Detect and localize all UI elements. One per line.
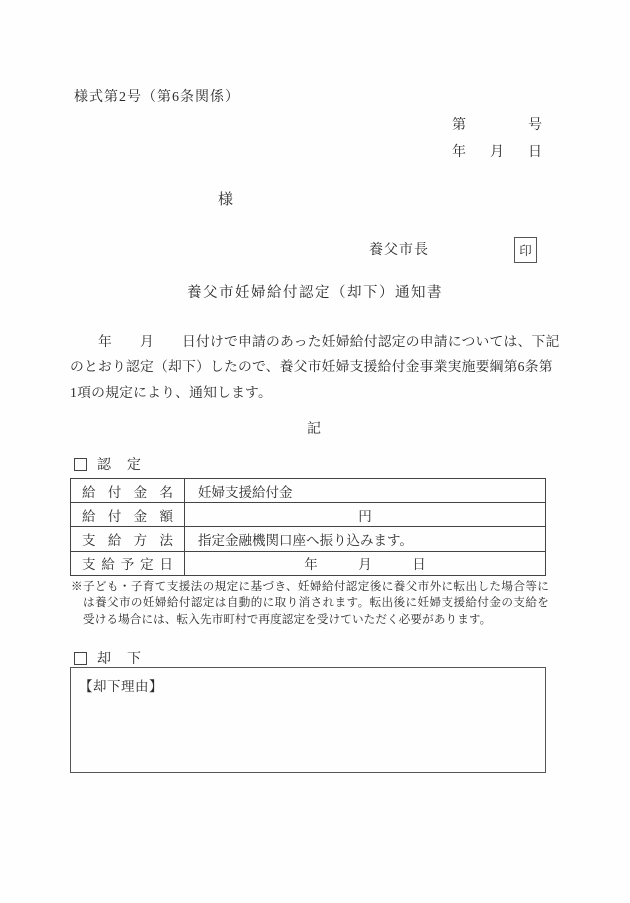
table-row: 給付金額 円 xyxy=(71,503,545,527)
row-header-benefit-amount: 給付金額 xyxy=(71,503,185,526)
row-header-payment-method: 支給方法 xyxy=(71,527,185,550)
row-header-payment-date: 支給予定日 xyxy=(71,552,185,575)
body-line: のとおり認定（却下）したので、養父市妊婦支援給付金事業実施要綱第6条第 xyxy=(70,354,552,379)
rejection-checkbox-icon xyxy=(74,652,87,665)
addressee-honorific: 様 xyxy=(218,188,233,209)
approval-section-label: 認 定 xyxy=(74,454,142,474)
row-value-payment-date: 年 月 日 xyxy=(185,553,545,573)
date-year-label: 年 xyxy=(452,139,466,166)
doc-number-line: 第 号 xyxy=(452,112,542,139)
table-row: 給付金名 妊婦支援給付金 xyxy=(71,479,545,503)
row-value-benefit-amount: 円 xyxy=(185,505,545,525)
body-line: 1項の規定により、通知します。 xyxy=(70,380,552,405)
row-value-payment-method: 指定金融機関口座へ振り込みます。 xyxy=(185,529,545,549)
rejection-reason-label: 【却下理由】 xyxy=(71,668,545,695)
seal-stamp: 印 xyxy=(514,237,537,263)
row-header-benefit-name: 給付金名 xyxy=(71,479,185,502)
doc-number-prefix: 第 xyxy=(452,112,466,139)
date-day-label: 日 xyxy=(528,139,542,166)
rejection-label-text: 却 下 xyxy=(97,648,142,668)
sender-title: 養父市長 xyxy=(369,239,429,259)
approval-checkbox-icon xyxy=(74,458,87,471)
doc-number-suffix: 号 xyxy=(528,112,542,139)
row-value-benefit-name: 妊婦支援給付金 xyxy=(185,481,545,501)
record-marker: 記 xyxy=(0,418,630,438)
document-title: 養父市妊婦給付認定（却下）通知書 xyxy=(0,281,630,302)
table-row: 支給方法 指定金融機関口座へ振り込みます。 xyxy=(71,527,545,551)
note-text: ※子ども・子育て支援法の規定に基づき、妊婦給付認定後に養父市外に転出した場合等に… xyxy=(71,579,549,628)
benefit-table: 給付金名 妊婦支援給付金 給付金額 円 支給方法 指定金融機関口座へ振り込みます… xyxy=(70,478,546,576)
table-row: 支給予定日 年 月 日 xyxy=(71,552,545,575)
rejection-reason-box: 【却下理由】 xyxy=(70,667,546,773)
body-line: 年 月 日付けで申請のあった妊婦給付認定の申請については、下記 xyxy=(70,329,552,354)
approval-label-text: 認 定 xyxy=(97,454,142,474)
doc-number-date-block: 第 号 年 月 日 xyxy=(452,112,542,166)
date-month-label: 月 xyxy=(490,139,504,166)
rejection-section-label: 却 下 xyxy=(74,648,142,668)
doc-date-line: 年 月 日 xyxy=(452,139,542,166)
body-paragraph: 年 月 日付けで申請のあった妊婦給付認定の申請については、下記 のとおり認定（却… xyxy=(70,329,552,405)
form-number: 様式第2号（第6条関係） xyxy=(74,86,240,106)
document-page: 様式第2号（第6条関係） 第 号 年 月 日 様 養父市長 印 養父市妊婦給付認… xyxy=(0,0,630,903)
